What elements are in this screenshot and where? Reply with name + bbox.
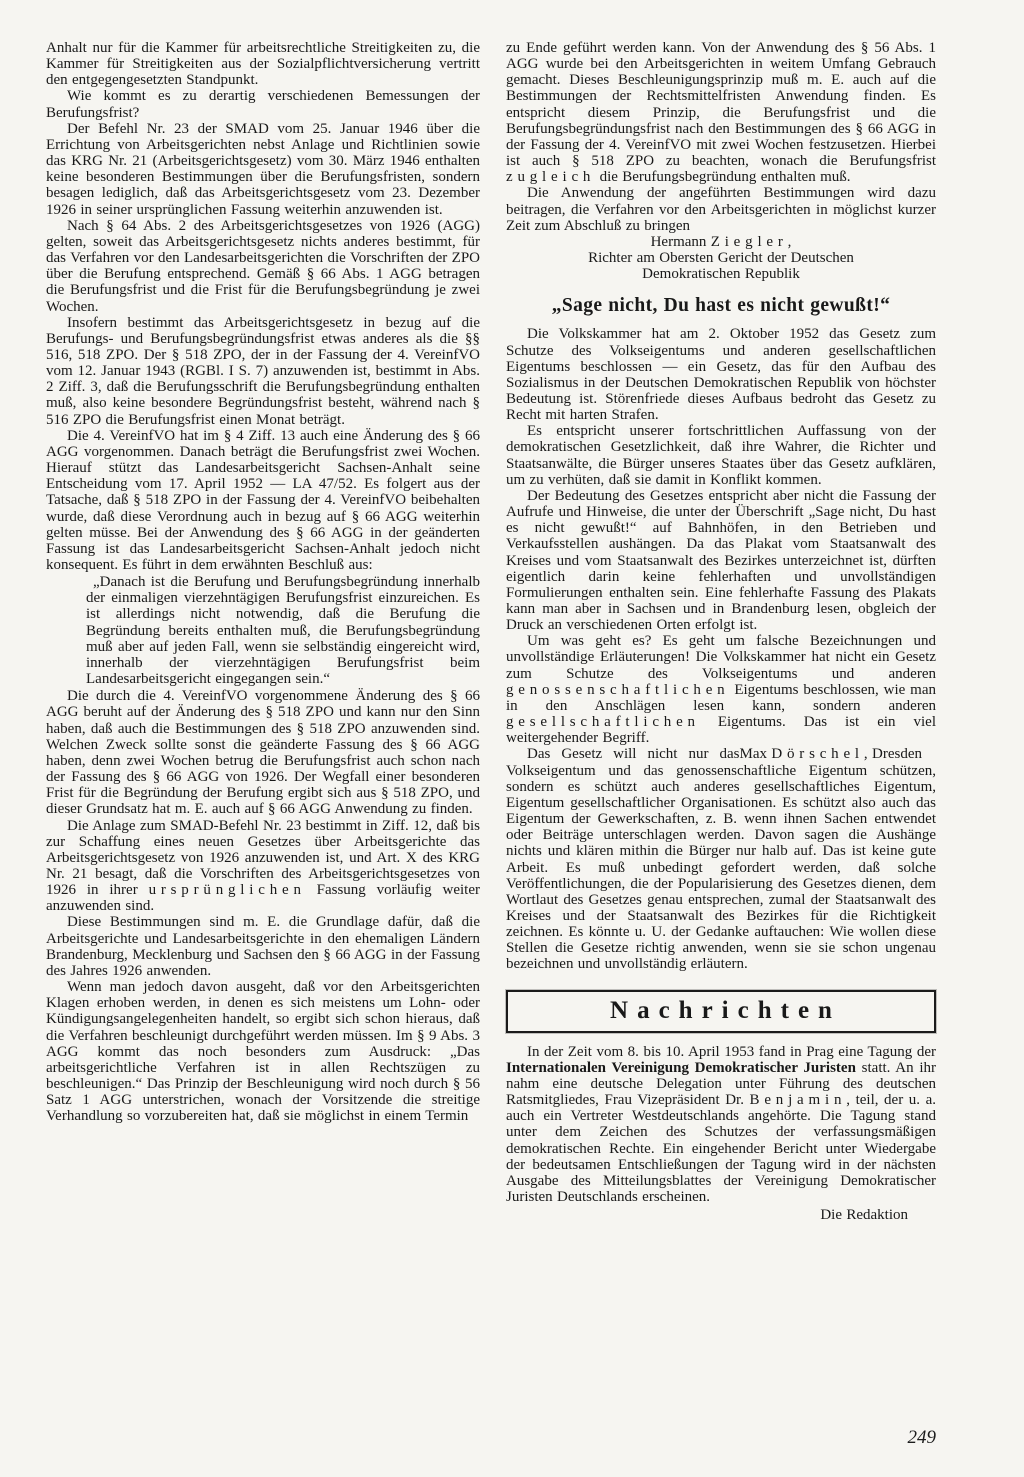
letterspaced-text: Ziegler (711, 234, 788, 250)
paragraph: Die 4. VereinfVO hat im § 4 Ziff. 13 auc… (46, 428, 480, 573)
paragraph: Insofern bestimmt das Arbeitsgerichtsges… (46, 315, 480, 428)
section-heading-box: Nachrichten (506, 990, 936, 1033)
signature-line: Demokratischen Republik (506, 266, 936, 282)
text-run: , teil, der u. a. auch ein Vertreter Wes… (506, 1092, 936, 1205)
text-run: „Danach ist die Berufung und Berufungsbe… (86, 574, 480, 687)
text-run: Anhalt nur für die Kammer für arbeitsrec… (46, 40, 480, 88)
text-run: Die Anwendung der angeführten Bestimmung… (506, 185, 936, 233)
text-run: Die 4. VereinfVO hat im § 4 Ziff. 13 auc… (46, 428, 480, 573)
letterspaced-text: genossenschaftlichen (506, 682, 729, 698)
paragraph: Die durch die 4. VereinfVO vorgenommene … (46, 688, 480, 817)
text-run: Um was geht es? Es geht um falsche Bezei… (506, 633, 936, 681)
text-run: Diese Bestimmungen sind m. E. die Grundl… (46, 914, 480, 978)
text-run: Wenn man jedoch davon ausgeht, daß vor d… (46, 979, 480, 1124)
paragraph: Wenn man jedoch davon ausgeht, daß vor d… (46, 979, 480, 1124)
paragraph: Die Volkskammer hat am 2. Oktober 1952 d… (506, 326, 936, 423)
paragraph: In der Zeit vom 8. bis 10. April 1953 fa… (506, 1044, 936, 1206)
paragraph: Anhalt nur für die Kammer für arbeitsrec… (46, 40, 480, 88)
letterspaced-text: zugleich (506, 169, 595, 185)
text-run: zu Ende geführt werden kann. Von der Anw… (506, 40, 936, 169)
text-run: Wie kommt es zu derartig verschiedenen B… (46, 88, 480, 120)
text-run: Demokratischen Republik (642, 266, 800, 282)
text-run: , (788, 234, 792, 250)
text-run: Max (739, 746, 771, 762)
signature-line-right: Die Redaktion (506, 1207, 936, 1223)
text-run: Die Redaktion (820, 1207, 908, 1223)
text-run: Das Gesetz will nicht nur das Volkseigen… (506, 746, 936, 972)
text-run: Der Bedeutung des Gesetzes entspricht ab… (506, 488, 936, 633)
text-run: Die durch die 4. VereinfVO vorgenommene … (46, 688, 480, 817)
letterspaced-text: Benjamin (750, 1092, 847, 1108)
signature-line: Richter am Obersten Gericht der Deutsche… (506, 250, 936, 266)
bold-text: Internationalen Vereinigung Demokratisch… (506, 1060, 856, 1076)
paragraph: Um was geht es? Es geht um falsche Bezei… (506, 633, 936, 746)
text-run: Hermann (651, 234, 711, 250)
text-run: Die Volkskammer hat am 2. Oktober 1952 d… (506, 326, 936, 423)
paragraph: Es entspricht unserer fortschrittlichen … (506, 423, 936, 488)
paragraph: Die Anwendung der angeführten Bestimmung… (506, 185, 936, 233)
letterspaced-text: gesellschaftlichen (506, 714, 700, 730)
paragraph: Die Anlage zum SMAD-Befehl Nr. 23 bestim… (46, 818, 480, 915)
text-run: „Sage nicht, Du hast es nicht gewußt!“ (552, 295, 891, 316)
text-run: Nach § 64 Abs. 2 des Arbeitsgerichtsgese… (46, 218, 480, 315)
paragraph: Der Befehl Nr. 23 der SMAD vom 25. Janua… (46, 121, 480, 218)
paragraph: Nach § 64 Abs. 2 des Arbeitsgerichtsgese… (46, 218, 480, 315)
text-run: In der Zeit vom 8. bis 10. April 1953 fa… (527, 1044, 936, 1060)
text-run: Richter am Obersten Gericht der Deutsche… (588, 250, 854, 266)
article-heading: „Sage nicht, Du hast es nicht gewußt!“ (506, 295, 936, 317)
text-run: Der Befehl Nr. 23 der SMAD vom 25. Janua… (46, 121, 480, 218)
right-column: zu Ende geführt werden kann. Von der Anw… (506, 40, 936, 1223)
paragraph: Der Bedeutung des Gesetzes entspricht ab… (506, 488, 936, 633)
text-run: Nachrichten (610, 997, 841, 1024)
journal-page-scan: Anhalt nur für die Kammer für arbeitsrec… (0, 0, 1024, 1477)
paragraph: Wie kommt es zu derartig verschiedenen B… (46, 88, 480, 120)
text-run: , Dresden (864, 746, 922, 762)
author-signature: Max Dörschel, Dresden (739, 746, 936, 762)
text-run: die Berufungsbegründung enthalten muß. (595, 169, 850, 185)
signature-line: Hermann Ziegler, (506, 234, 936, 250)
paragraph: Max Dörschel, DresdenDas Gesetz will nic… (506, 746, 936, 972)
text-run: Insofern bestimmt das Arbeitsgerichtsges… (46, 315, 480, 428)
paragraph: zu Ende geführt werden kann. Von der Anw… (506, 40, 936, 185)
left-column: Anhalt nur für die Kammer für arbeitsrec… (46, 40, 480, 1223)
paragraph: Diese Bestimmungen sind m. E. die Grundl… (46, 914, 480, 979)
page-number: 249 (908, 1427, 937, 1449)
letterspaced-text: ursprünglichen (149, 882, 306, 898)
text-run: Es entspricht unserer fortschrittlichen … (506, 423, 936, 487)
two-column-layout: Anhalt nur für die Kammer für arbeitsrec… (0, 0, 1024, 1223)
letterspaced-text: Dörschel (771, 746, 864, 762)
quotation-paragraph: „Danach ist die Berufung und Berufungsbe… (86, 574, 480, 687)
